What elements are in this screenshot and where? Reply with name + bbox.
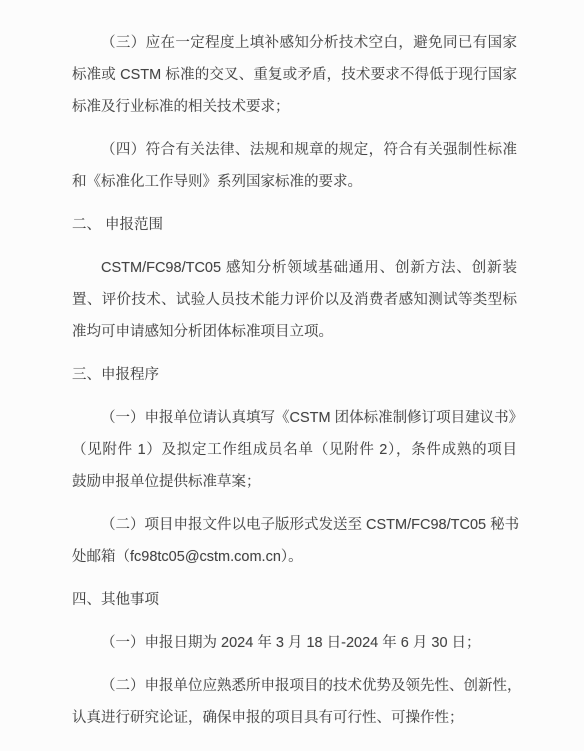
text-line: （三）应在一定程度上填补感知分析技术空白，避免同已有国家	[72, 27, 517, 59]
text-line: 三、申报程序	[72, 359, 517, 391]
text-line: 处邮箱（fc98tc05@cstm.com.cn）。	[72, 541, 517, 573]
text-line: 和《标准化工作导则》系列国家标准的要求。	[72, 166, 517, 198]
text-line: 准均可申请感知分析团体标准项目立项。	[72, 316, 517, 348]
section-heading: 二、 申报范围	[72, 209, 517, 241]
text-line: 鼓励申报单位提供标准草案；	[72, 466, 517, 498]
text-line: 四、其他事项	[72, 584, 517, 616]
text-line: （一）申报单位请认真填写《CSTM 团体标准制修订项目建议书》	[72, 402, 517, 434]
document-page: （三）应在一定程度上填补感知分析技术空白，避免同已有国家标准或 CSTM 标准的…	[0, 0, 584, 751]
paragraph: （三）应在一定程度上填补感知分析技术空白，避免同已有国家标准或 CSTM 标准的…	[72, 27, 517, 123]
paragraph: （四）符合有关法律、法规和规章的规定，符合有关强制性标准和《标准化工作导则》系列…	[72, 134, 517, 198]
text-line: 标准或 CSTM 标准的交叉、重复或矛盾，技术要求不得低于现行国家	[72, 59, 517, 91]
section-heading: 四、其他事项	[72, 584, 517, 616]
text-line: （四）符合有关法律、法规和规章的规定，符合有关强制性标准	[72, 134, 517, 166]
text-line: 认真进行研究论证，确保申报的项目具有可行性、可操作性；	[72, 702, 517, 734]
text-line: （二）项目申报文件以电子版形式发送至 CSTM/FC98/TC05 秘书	[72, 509, 517, 541]
text-line: （一）申报日期为 2024 年 3 月 18 日-2024 年 6 月 30 日…	[72, 627, 517, 659]
paragraph: （二）申报单位应熟悉所申报项目的技术优势及领先性、创新性，认真进行研究论证，确保…	[72, 670, 517, 734]
text-line: （二）申报单位应熟悉所申报项目的技术优势及领先性、创新性，	[72, 670, 517, 702]
section-heading: 三、申报程序	[72, 359, 517, 391]
paragraph: （一）申报日期为 2024 年 3 月 18 日-2024 年 6 月 30 日…	[72, 627, 517, 659]
text-line: 标准及行业标准的相关技术要求；	[72, 91, 517, 123]
text-line: 置、评价技术、试验人员技术能力评价以及消费者感知测试等类型标	[72, 284, 517, 316]
text-line: CSTM/FC98/TC05 感知分析领域基础通用、创新方法、创新装	[72, 252, 517, 284]
text-line: （见附件 1）及拟定工作组成员名单（见附件 2），条件成熟的项目	[72, 434, 517, 466]
paragraph: CSTM/FC98/TC05 感知分析领域基础通用、创新方法、创新装置、评价技术…	[72, 252, 517, 348]
paragraph: （一）申报单位请认真填写《CSTM 团体标准制修订项目建议书》（见附件 1）及拟…	[72, 402, 517, 498]
text-line: 二、 申报范围	[72, 209, 517, 241]
paragraph: （二）项目申报文件以电子版形式发送至 CSTM/FC98/TC05 秘书处邮箱（…	[72, 509, 517, 573]
